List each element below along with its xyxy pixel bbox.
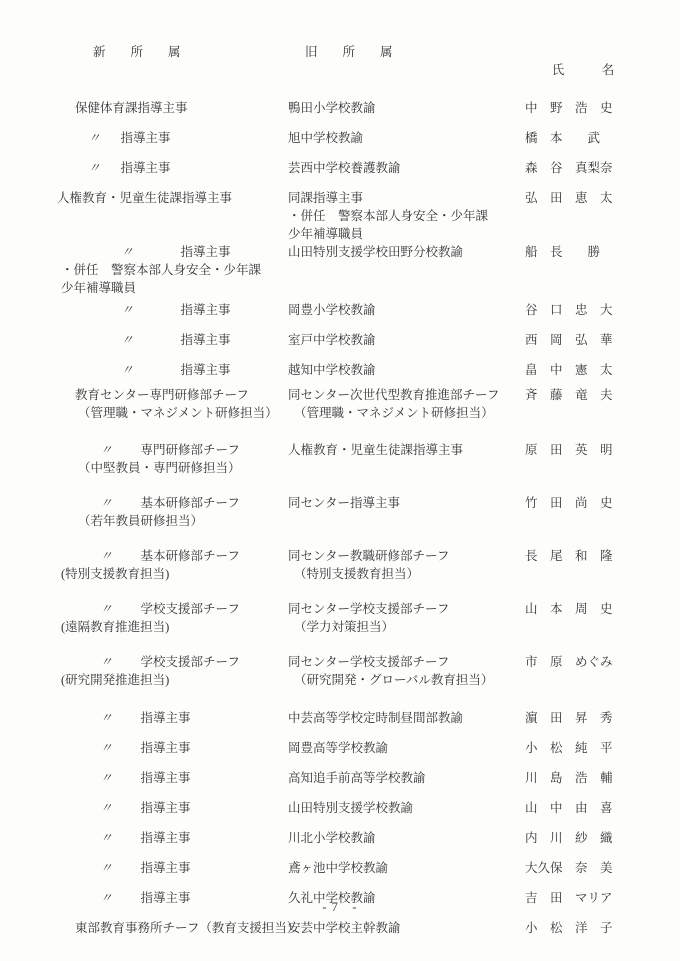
name-cell: 竹 田 尚 史 (525, 494, 645, 512)
old-affiliation-cell: 山田特別支援学校田野分校教諭 (288, 243, 525, 261)
name-cell: 濵 田 昇 秀 (525, 709, 645, 727)
new-affiliation-text: 指導主事 (181, 331, 231, 349)
name-cell: 長 尾 和 隆 (525, 547, 645, 565)
new-affiliation-cell: 〃学校支援部チーフ(遠隔教育推進担当) (57, 600, 288, 636)
old-affiliation-cell: 越知中学校教諭 (288, 361, 525, 379)
new-affiliation-text: 学校支援部チーフ (141, 653, 240, 671)
old-affiliation-cell: 同センター学校支援部チーフ（研究開発・グローバル教育担当） (288, 653, 525, 689)
new-affiliation-cell: 〃指導主事 (57, 331, 288, 349)
table-row: 教育センター専門研修部チーフ（管理職・マネジメント研修担当） 同センター次世代型… (57, 386, 680, 422)
new-affiliation-cell: 〃指導主事 (57, 129, 288, 147)
old-affiliation-cell: 同センター学校支援部チーフ（学力対策担当） (288, 600, 525, 636)
ditto-mark: 〃 (121, 331, 134, 349)
ditto-mark: 〃 (88, 159, 101, 177)
old-affiliation-cell: 芸西中学校養護教諭 (288, 159, 525, 177)
ditto-mark: 〃 (121, 243, 134, 261)
table-row: 〃学校支援部チーフ(遠隔教育推進担当) 同センター学校支援部チーフ（学力対策担当… (57, 600, 680, 636)
table-header-row: 新 所 属 旧 所 属 氏 名 (57, 43, 680, 97)
header-name-label: 氏 名 (552, 63, 615, 77)
table-row: 〃指導主事 越知中学校教諭 畠 中 憲 太 (57, 361, 680, 379)
header-old-affiliation-label: 旧 所 属 (305, 45, 393, 59)
new-affiliation-cell: 〃指導主事 (57, 769, 288, 787)
new-affiliation-cell: 人権教育・児童生徒課指導主事 (57, 189, 288, 207)
new-affiliation-text: 専門研修部チーフ (141, 441, 240, 459)
header-new-affiliation-label: 新 所 属 (93, 45, 181, 59)
old-affiliation-cell: 鳶ヶ池中学校教諭 (288, 859, 525, 877)
old-affiliation-cell: 室戸中学校教諭 (288, 331, 525, 349)
new-affiliation-cell: 保健体育課指導主事 (57, 99, 288, 117)
old-affiliation-cell: 岡豊小学校教諭 (288, 301, 525, 319)
new-affiliation-cell: 〃指導主事 (57, 859, 288, 877)
table-row: 〃専門研修部チーフ（中堅教員・専門研修担当） 人権教育・児童生徒課指導主事 原 … (57, 441, 680, 477)
name-cell: 森 谷 真梨奈 (525, 159, 645, 177)
new-affiliation-text: 学校支援部チーフ (141, 600, 240, 618)
name-cell: 内 川 紗 織 (525, 829, 645, 847)
new-affiliation-text: 基本研修部チーフ (141, 494, 240, 512)
name-cell: 斉 藤 竜 夫 (525, 386, 645, 404)
old-affiliation-cell: 同センター教職研修部チーフ（特別支援教育担当） (288, 547, 525, 583)
ditto-mark: 〃 (121, 361, 134, 379)
old-affiliation-cell: 鴨田小学校教諭 (288, 99, 525, 117)
ditto-mark: 〃 (100, 739, 113, 757)
name-cell: 小 松 純 平 (525, 739, 645, 757)
ditto-mark: 〃 (100, 799, 113, 817)
name-cell: 船 長 勝 (525, 243, 645, 261)
new-affiliation-text: 基本研修部チーフ (141, 547, 240, 565)
ditto-mark: 〃 (100, 547, 113, 565)
new-affiliation-cell: 〃学校支援部チーフ(研究開発推進担当) (57, 653, 288, 689)
new-affiliation-cell: 東部教育事務所チーフ（教育支援担当） (57, 919, 288, 937)
name-cell: 西 岡 弘 華 (525, 331, 645, 349)
name-cell: 小 松 洋 子 (525, 919, 645, 937)
table-row: 〃指導主事 川北小学校教諭 内 川 紗 織 (57, 829, 680, 847)
new-affiliation-cell: 〃指導主事 (57, 361, 288, 379)
name-cell: 中 野 浩 史 (525, 99, 645, 117)
table-row: 〃指導主事 高知追手前高等学校教諭 川 島 浩 輔 (57, 769, 680, 787)
table-row: 〃指導主事 室戸中学校教諭 西 岡 弘 華 (57, 331, 680, 349)
name-cell: 橋 本 武 (525, 129, 645, 147)
new-affiliation-text: 指導主事 (141, 859, 191, 877)
new-affiliation-text: 指導主事 (141, 709, 191, 727)
name-cell: 川 島 浩 輔 (525, 769, 645, 787)
name-cell: 山 中 由 喜 (525, 799, 645, 817)
table-row: 〃学校支援部チーフ(研究開発推進担当) 同センター学校支援部チーフ（研究開発・グ… (57, 653, 680, 689)
new-affiliation-text: 指導主事 (141, 799, 191, 817)
ditto-mark: 〃 (100, 600, 113, 618)
name-cell: 原 田 英 明 (525, 441, 645, 459)
new-affiliation-text: 指導主事 (141, 829, 191, 847)
new-affiliation-cell: 〃指導主事 (57, 159, 288, 177)
old-affiliation-cell: 高知追手前高等学校教諭 (288, 769, 525, 787)
new-affiliation-text: 指導主事 (141, 769, 191, 787)
new-affiliation-cell: 〃指導主事・併任 警察本部人身安全・少年課少年補導職員 (57, 243, 288, 297)
ditto-mark: 〃 (100, 709, 113, 727)
table-row: 〃指導主事 岡豊小学校教諭 谷 口 忠 大 (57, 301, 680, 319)
old-affiliation-cell: 中芸高等学校定時制昼間部教諭 (288, 709, 525, 727)
header-old-affiliation: 旧 所 属 (288, 43, 525, 97)
ditto-mark: 〃 (88, 129, 101, 147)
new-affiliation-text: 指導主事 (121, 159, 171, 177)
table-row: 〃指導主事 岡豊高等学校教諭 小 松 純 平 (57, 739, 680, 757)
ditto-mark: 〃 (100, 653, 113, 671)
new-affiliation-text: 指導主事 (181, 301, 231, 319)
header-name: 氏 名 (525, 43, 645, 97)
name-cell: 谷 口 忠 大 (525, 301, 645, 319)
old-affiliation-cell: 人権教育・児童生徒課指導主事 (288, 441, 525, 459)
new-affiliation-cell: 〃指導主事 (57, 301, 288, 319)
table-row: 〃指導主事 山田特別支援学校教諭 山 中 由 喜 (57, 799, 680, 817)
ditto-mark: 〃 (121, 301, 134, 319)
old-affiliation-cell: 同センター次世代型教育推進部チーフ（管理職・マネジメント研修担当） (288, 386, 525, 422)
new-affiliation-cell: 〃専門研修部チーフ（中堅教員・専門研修担当） (57, 441, 288, 477)
old-affiliation-cell: 同センター指導主事 (288, 494, 525, 512)
new-affiliation-text: 指導主事 (181, 361, 231, 379)
new-affiliation-cell: 〃指導主事 (57, 829, 288, 847)
name-cell: 弘 田 恵 太 (525, 189, 645, 207)
table-row: 〃基本研修部チーフ(特別支援教育担当) 同センター教職研修部チーフ（特別支援教育… (57, 547, 680, 583)
name-cell: 山 本 周 史 (525, 600, 645, 618)
table-row: 〃指導主事 旭中学校教諭 橋 本 武 (57, 129, 680, 147)
name-cell: 畠 中 憲 太 (525, 361, 645, 379)
page-number: - 7 - (0, 898, 680, 916)
new-affiliation-text: 指導主事 (181, 243, 231, 261)
old-affiliation-cell: 山田特別支援学校教諭 (288, 799, 525, 817)
table-row: 〃指導主事 芸西中学校養護教諭 森 谷 真梨奈 (57, 159, 680, 177)
old-affiliation-cell: 岡豊高等学校教諭 (288, 739, 525, 757)
table-row: 〃指導主事 鳶ヶ池中学校教諭 大久保 奈 美 (57, 859, 680, 877)
new-affiliation-cell: 〃指導主事 (57, 709, 288, 727)
new-affiliation-cell: 〃指導主事 (57, 739, 288, 757)
table-row: 〃指導主事 中芸高等学校定時制昼間部教諭 濵 田 昇 秀 (57, 709, 680, 727)
old-affiliation-cell: 安芸中学校主幹教諭 (288, 919, 525, 937)
table-row: 東部教育事務所チーフ（教育支援担当） 安芸中学校主幹教諭 小 松 洋 子 (57, 919, 680, 937)
ditto-mark: 〃 (100, 494, 113, 512)
header-new-affiliation: 新 所 属 (57, 43, 288, 97)
new-affiliation-cell: 教育センター専門研修部チーフ（管理職・マネジメント研修担当） (57, 386, 288, 422)
new-affiliation-text: 指導主事 (121, 129, 171, 147)
old-affiliation-cell: 同課指導主事・併任 警察本部人身安全・少年課少年補導職員 (288, 189, 525, 243)
new-affiliation-cell: 〃基本研修部チーフ(特別支援教育担当) (57, 547, 288, 583)
document-page: 新 所 属 旧 所 属 氏 名 保健体育課指導主事 鴨田小学校教諭 中 野 浩 … (0, 0, 680, 961)
old-affiliation-cell: 川北小学校教諭 (288, 829, 525, 847)
old-affiliation-cell: 旭中学校教諭 (288, 129, 525, 147)
table-row: 人権教育・児童生徒課指導主事 同課指導主事・併任 警察本部人身安全・少年課少年補… (57, 189, 680, 243)
new-affiliation-cell: 〃指導主事 (57, 799, 288, 817)
ditto-mark: 〃 (100, 769, 113, 787)
name-cell: 市 原 めぐみ (525, 653, 645, 671)
ditto-mark: 〃 (100, 441, 113, 459)
table-row: 〃指導主事・併任 警察本部人身安全・少年課少年補導職員 山田特別支援学校田野分校… (57, 243, 680, 297)
personnel-table: 保健体育課指導主事 鴨田小学校教諭 中 野 浩 史 〃指導主事 旭中学校教諭 橋… (57, 99, 680, 937)
new-affiliation-text: 指導主事 (141, 739, 191, 757)
new-affiliation-cell: 〃基本研修部チーフ（若年教員研修担当） (57, 494, 288, 530)
table-row: 保健体育課指導主事 鴨田小学校教諭 中 野 浩 史 (57, 99, 680, 117)
ditto-mark: 〃 (100, 829, 113, 847)
ditto-mark: 〃 (100, 859, 113, 877)
name-cell: 大久保 奈 美 (525, 859, 645, 877)
table-row: 〃基本研修部チーフ（若年教員研修担当） 同センター指導主事 竹 田 尚 史 (57, 494, 680, 530)
